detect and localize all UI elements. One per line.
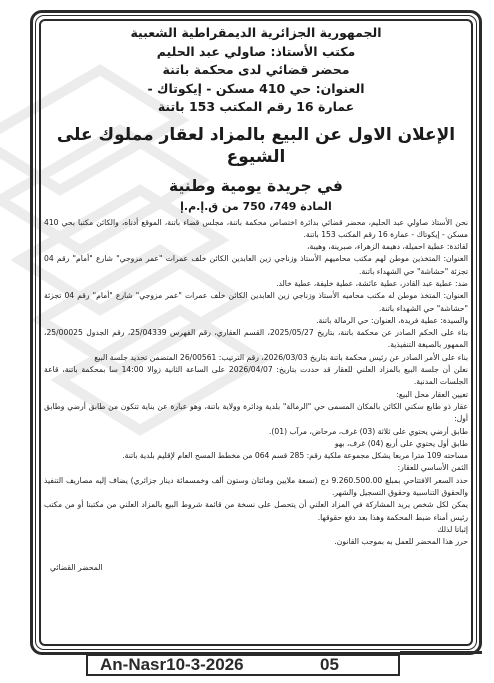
body-paragraph: العنوان: المتخذ موطن له مكتب محاميه الأس…: [44, 290, 468, 315]
publication-footer: An-Nasr10-3-2026 05: [86, 654, 400, 676]
body-paragraph: بناء على الحكم الصادر عن محكمة باتنة، بت…: [44, 327, 468, 352]
body-paragraph: تعيين العقار محل البيع:: [44, 389, 468, 401]
body-paragraph: طابق أرضي يحتوي على ثلاثة (03) غرف، مرحا…: [44, 426, 468, 438]
body-paragraph: حدد السعر الافتتاحي بمبلغ 9.260.500.00 د…: [44, 475, 468, 500]
announcement-body: نحن الأستاذ صاولي عبد الحليم، محضر قضائي…: [44, 217, 468, 549]
signature-bailiff: المحضر القضائي: [44, 563, 468, 572]
header-address: العنوان: حي 410 مسكن - إيكوتاك -: [44, 80, 468, 99]
body-paragraph: العنوان: المتخذين موطن لهم مكتب محاميهم …: [44, 253, 468, 278]
frame-connector-line: [400, 651, 482, 654]
header-role: محضر قضائي لدى محكمة باتنة: [44, 61, 468, 80]
body-paragraph: يمكن لكل شخص يريد المشاركة في المزاد الع…: [44, 499, 468, 524]
body-paragraph: عقار ذو طابع سكني الكائن بالمكان المسمى …: [44, 401, 468, 426]
body-paragraph: طابق أول يحتوي على أربع (04) غرف، بهو: [44, 438, 468, 450]
publication-name-date: An-Nasr10-3-2026: [88, 655, 310, 675]
header-office: مكتب الأستاذ: صاولي عبد الحليم: [44, 43, 468, 62]
body-paragraph: ضد: عطية عبد القادر، عطية عائشة، عطية خل…: [44, 278, 468, 290]
announcement-content: الجمهورية الجزائرية الديمقراطية الشعبية …: [44, 24, 468, 572]
announcement-subtitle: في جريدة يومية وطنية: [44, 176, 468, 196]
body-paragraph: مساحته 109 مترا مربعا يشكل مجموعة ملكية …: [44, 450, 468, 462]
body-paragraph: بناء على الأمر الصادر عن رئيس محكمة باتن…: [44, 352, 468, 364]
legal-article-reference: المادة 749، 750 من ق.إ.م.إ: [44, 200, 468, 214]
body-paragraph: لفائدة: عطية احميلة، دهيمة الزهراء، صبري…: [44, 241, 468, 253]
body-paragraph: نعلن أن جلسة البيع بالمزاد العلني للعقار…: [44, 364, 468, 389]
body-paragraph: نحن الأستاذ صاولي عبد الحليم، محضر قضائي…: [44, 217, 468, 242]
header-republic: الجمهورية الجزائرية الديمقراطية الشعبية: [44, 24, 468, 43]
announcement-title: الإعلان الاول عن البيع بالمزاد لعقار ممل…: [44, 124, 468, 168]
body-paragraph: والسيدة: عطية فريدة، العنوان: حي الرمالة…: [44, 315, 468, 327]
header-building: عمارة 16 رقم المكتب 153 باتنة: [44, 98, 468, 117]
page-number: 05: [310, 655, 339, 675]
body-paragraph: الثمن الأساسي للعقار:: [44, 462, 468, 474]
body-paragraph: إثباتا لذلك: [44, 524, 468, 536]
body-paragraph: حرر هذا المحضر للعمل به بموجب القانون.: [44, 536, 468, 548]
